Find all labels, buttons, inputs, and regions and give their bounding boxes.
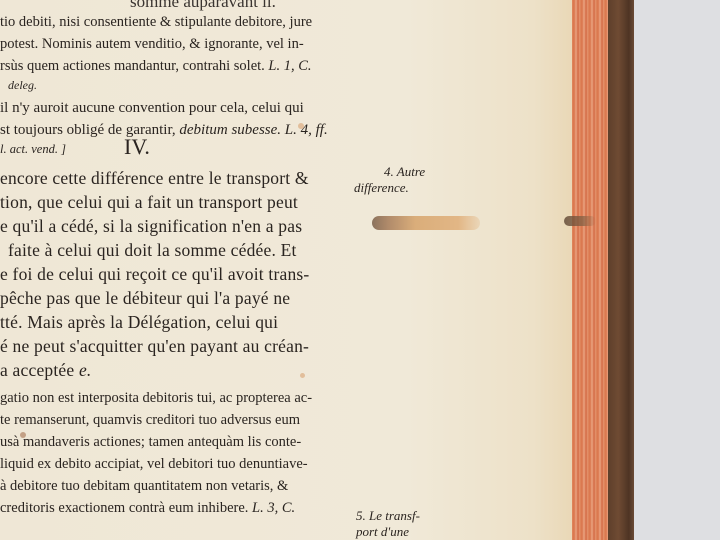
margin-note-line: 4. Autre xyxy=(374,164,425,180)
book-page: somme auparavant il. tio debiti, nisi co… xyxy=(0,0,580,540)
latin-line: à debitore tuo debitam quantitatem non v… xyxy=(0,478,288,495)
section-heading-iv: IV. xyxy=(124,134,150,160)
latin-line: tio debiti, nisi consentiente & stipulan… xyxy=(0,14,312,31)
latin-line: rsùs quem actiones mandantur, contrahi s… xyxy=(0,58,312,75)
french-line: st toujours obligé de garantir, debitum … xyxy=(0,122,328,139)
french-line: e qu'il a cédé, si la signification n'en… xyxy=(0,216,302,237)
french-line: tion, que celui qui a fait un transport … xyxy=(0,192,298,213)
leather-cover xyxy=(608,0,634,540)
worm-stain-edge xyxy=(564,216,596,226)
french-line: l. act. vend. ] xyxy=(0,142,66,157)
latin-line: potest. Nominis autem venditio, & ignora… xyxy=(0,36,304,53)
foxing-spot xyxy=(300,373,305,378)
latin-line: usà mandaveris actiones; tamen antequàm … xyxy=(0,434,301,451)
french-line: a acceptée e. xyxy=(0,360,91,381)
worm-stain xyxy=(372,216,480,230)
french-line: pêche pas que le débiteur qui l'a payé n… xyxy=(0,288,290,309)
top-partial-line: somme auparavant il. xyxy=(130,0,276,12)
french-line: encore cette différence entre le transpo… xyxy=(0,168,309,189)
background xyxy=(634,0,720,540)
french-line: é ne peut s'acquitter qu'en payant au cr… xyxy=(0,336,309,357)
latin-text: creditoris exactionem contrà eum inhiber… xyxy=(0,500,248,516)
french-line: tté. Mais après la Délégation, celui qui xyxy=(0,312,278,333)
margin-note-line: 5. Le transf- xyxy=(356,508,420,524)
law-reference: debitum subesse. L. 4, ff. xyxy=(179,122,327,138)
red-fore-edge xyxy=(572,0,610,540)
margin-note-line: difference. xyxy=(354,180,425,196)
latin-line: creditoris exactionem contrà eum inhiber… xyxy=(0,500,295,517)
latin-line: te remanserunt, quamvis creditori tuo ad… xyxy=(0,412,300,429)
french-line: il n'y auroit aucune convention pour cel… xyxy=(0,100,304,117)
margin-note-5: 5. Le transf- port d'une xyxy=(356,508,420,540)
french-text: a acceptée xyxy=(0,360,74,380)
latin-line: liquid ex debito accipiat, vel debitori … xyxy=(0,456,308,473)
foxing-spot xyxy=(20,432,26,438)
latin-text: rsùs quem actiones mandantur, contrahi s… xyxy=(0,58,265,74)
foxing-spot xyxy=(298,123,304,129)
french-line: e foi de celui qui reçoit ce qu'il avoit… xyxy=(0,264,309,285)
latin-line: deleg. xyxy=(8,78,37,93)
margin-note-4: 4. Autre difference. xyxy=(374,164,425,196)
law-reference: L. 3, C. xyxy=(252,500,295,516)
french-line: faite à celui qui doit la somme cédée. E… xyxy=(8,240,297,261)
margin-note-line: port d'une xyxy=(356,524,420,540)
latin-line: gatio non est interposita debitoris tui,… xyxy=(0,390,312,407)
footnote-marker: e. xyxy=(79,360,92,380)
law-reference: L. 1, C. xyxy=(268,58,311,74)
